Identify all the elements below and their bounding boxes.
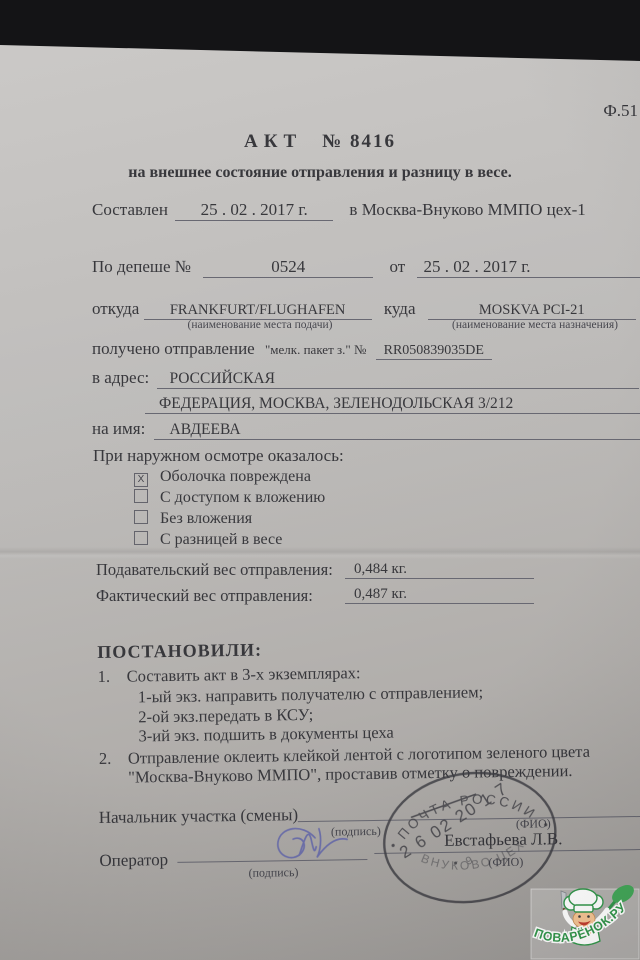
operator-signature-line (177, 844, 367, 863)
lower-block: ПОСТАНОВИЛИ: 1. Составить акт в 3-х экзе… (0, 0, 640, 960)
operator-signature-caption: (подпись) (248, 865, 298, 881)
stamp-number-mark: 9 (464, 854, 475, 867)
resolution-heading: ПОСТАНОВИЛИ: (97, 640, 262, 663)
operator-name-line (374, 834, 640, 854)
stamp-dot-bottom (454, 861, 457, 864)
resolution-item1: Составить акт в 3-х экземплярах: (127, 663, 361, 686)
chief-signature-line (298, 798, 640, 822)
resolution-item1-sub1: 1-ый экз. направить получателю с отправл… (138, 682, 484, 707)
operator-name-caption: (ФИО) (488, 855, 523, 871)
resolution-item1-sub3: 3-ий экз. подшить в документы цеха (138, 723, 394, 747)
chief-label: Начальник участка (смены) (99, 805, 299, 828)
document-paper: Ф.51 АКТ№ 8416 на внешнее состояние отпр… (0, 0, 640, 960)
operator-label: Оператор (99, 850, 168, 871)
resolution-item2-number: 2. (99, 749, 112, 769)
resolution-item1-number: 1. (98, 667, 111, 687)
